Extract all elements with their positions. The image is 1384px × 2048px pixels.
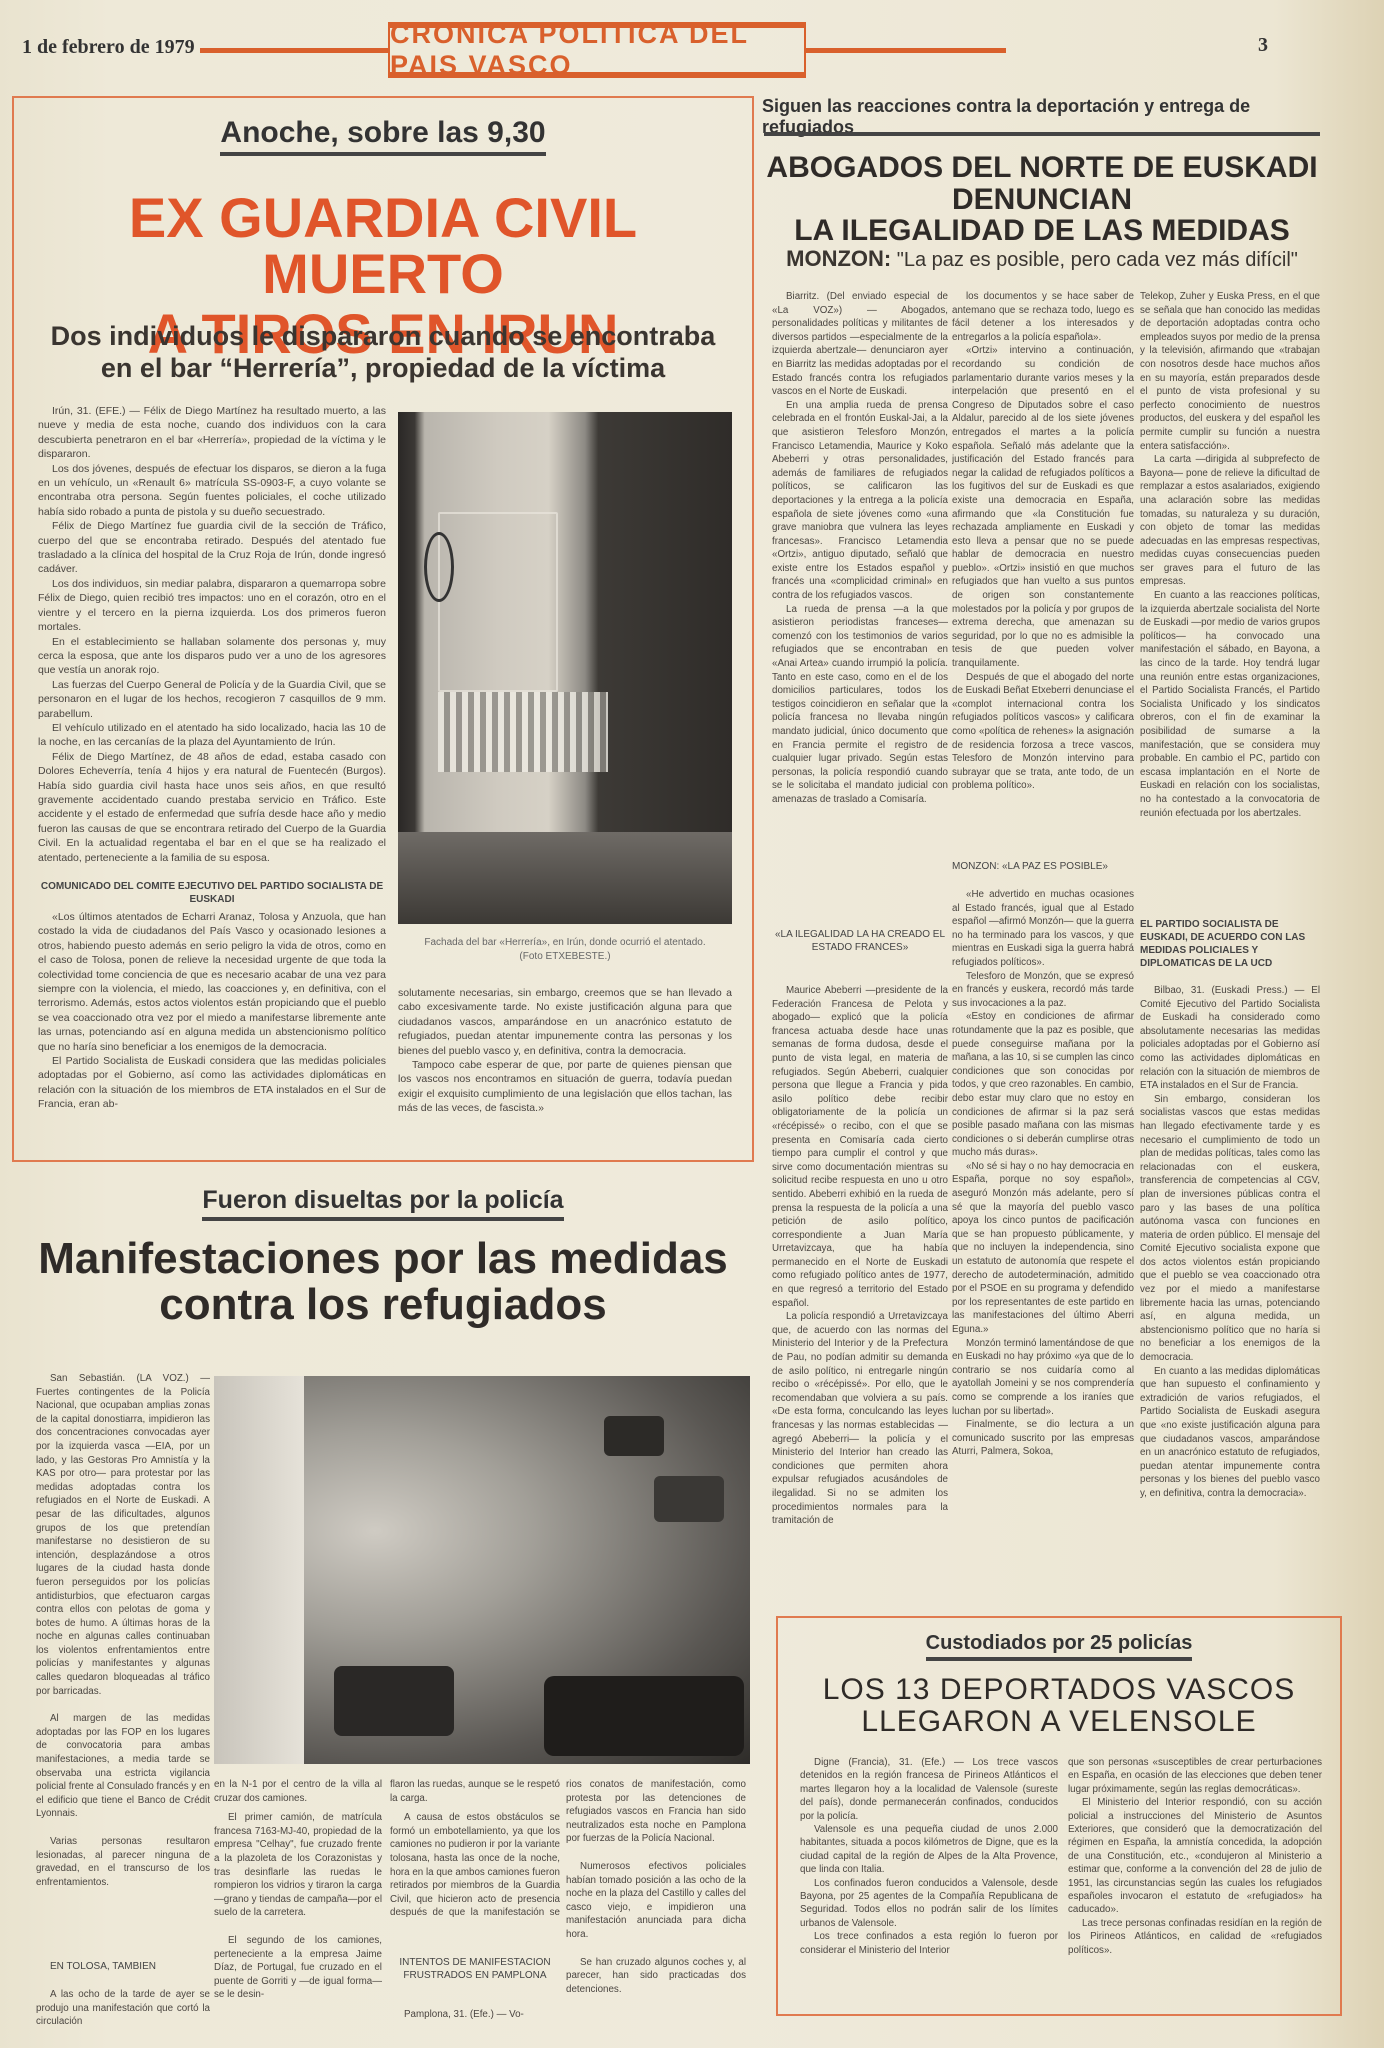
velensole-headline: LOS 13 DEPORTADOS VASCOS LLEGARON A VELE… [778, 1674, 1340, 1737]
paragraph: Sin embargo, consideran los socialistas … [1140, 1093, 1320, 1365]
communique-body: «Los últimos atentados de Echarri Aranaz… [38, 910, 386, 1146]
section-masthead: CRONICA POLITICA DEL PAIS VASCO [388, 22, 806, 78]
paragraph: Las fuerzas del Cuerpo General de Policí… [38, 678, 386, 721]
paragraph: Pamplona, 31. (Efe.) — Vo- [390, 2008, 560, 2022]
manifestaciones-headline: Manifestaciones por las medidas contra l… [12, 1236, 754, 1328]
paragraph: La policía respondió a Urretavizcaya que… [772, 1310, 948, 1528]
interhead-pamplona: INTENTOS DE MANIFESTACION FRUSTRADOS EN … [390, 1956, 560, 1982]
paragraph: Telekop, Zuher y Euska Press, en el que … [1140, 290, 1320, 453]
paragraph: Digne (Francia), 31. (Efe.) — Los trece … [800, 1756, 1058, 1823]
abogados-col1: Biarritz. (Del enviado especial de «La V… [772, 290, 948, 910]
photo-railing [438, 692, 608, 772]
paragraph: Las trece personas confinadas residían e… [1068, 1917, 1322, 1957]
masthead-rule-left [200, 48, 388, 53]
abogados-headline: ABOGADOS DEL NORTE DE EUSKADI DENUNCIAN … [762, 152, 1322, 247]
paragraph: Los dos jóvenes, después de efectuar los… [38, 462, 386, 520]
photo-building [214, 1376, 304, 1764]
page-date: 1 de febrero de 1979 [22, 36, 195, 59]
photo-street [398, 832, 732, 924]
paragraph: Félix de Diego Martínez fue guardia civi… [38, 519, 386, 577]
paragraph: Félix de Diego Martínez, de 48 años de e… [38, 750, 386, 864]
paragraph: Varias personas resultaron lesionadas, a… [36, 1835, 210, 1889]
demonstration-street-photo [214, 1376, 750, 1764]
paragraph: «Los últimos atentados de Echarri Aranaz… [38, 910, 386, 1054]
manifestaciones-col3-b: Pamplona, 31. (Efe.) — Vo- [390, 2008, 560, 2028]
paragraph: El Ministerio del Interior respondió, co… [1068, 1796, 1322, 1917]
section-title: CRONICA POLITICA DEL PAIS VASCO [390, 19, 804, 81]
velensole-col2: que son personas «susceptibles de crear … [1068, 1756, 1322, 2006]
manifestaciones-kicker: Fueron disueltas por la policía [12, 1186, 754, 1221]
paragraph: A las ocho de la tarde de ayer se produj… [36, 1988, 210, 2029]
paragraph: flaron las ruedas, aunque se le respetó … [390, 1778, 560, 1805]
paragraph: La rueda de prensa —a la que asistieron … [772, 603, 948, 807]
paragraph: «Estoy en condiciones de afirmar rotunda… [952, 1010, 1134, 1160]
article-kicker: Anoche, sobre las 9,30 [14, 116, 752, 156]
paragraph: «No sé si hay o no hay democracia en Esp… [952, 1160, 1134, 1337]
abogados-subheadline: MONZON: "La paz es posible, pero cada ve… [762, 246, 1322, 272]
paragraph: A causa de estos obstáculos se formó un … [390, 1811, 560, 1918]
abogados-col2: los documentos y se hace saber de antema… [952, 290, 1134, 850]
photo-car [604, 1416, 664, 1456]
paragraph: Los trece confinados a esta región lo fu… [800, 1930, 1058, 1957]
masthead-rule-right [806, 48, 1006, 53]
paragraph: Después de que el abogado del norte de E… [952, 671, 1134, 793]
interhead-ilegalidad: «LA ILEGALIDAD LA HA CREADO EL ESTADO FR… [772, 928, 948, 954]
page-number: 3 [1258, 34, 1268, 57]
paragraph: El segundo de los camiones, pertenecient… [214, 1934, 382, 2002]
article-body-col1: Irún, 31. (EFE.) — Félix de Diego Martín… [38, 404, 386, 864]
manifestaciones-col1-b: A las ocho de la tarde de ayer se produj… [36, 1988, 210, 2030]
bar-herreria-photo [398, 412, 732, 924]
paragraph: Maurice Abeberri —presidente de la Feder… [772, 984, 948, 1310]
photo-car [334, 1666, 454, 1736]
interhead-tolosa: EN TOLOSA, TAMBIEN [36, 1960, 210, 1973]
paragraph: Los dos individuos, sin mediar palabra, … [38, 577, 386, 635]
communique-heading: COMUNICADO DEL COMITE EJECUTIVO DEL PART… [38, 880, 386, 906]
paragraph: En una amplia rueda de prensa celebrada … [772, 399, 948, 603]
paragraph: En cuanto a las medidas diplomáticas que… [1140, 1365, 1320, 1501]
abogados-col2-b: «He advertido en muchas ocasiones al Est… [952, 888, 1134, 1608]
photo-car [654, 1476, 724, 1522]
communique-continuation: solutamente necesarias, sin embargo, cre… [398, 986, 732, 1146]
paragraph: El Partido Socialista de Euskadi conside… [38, 1054, 386, 1112]
paragraph: solutamente necesarias, sin embargo, cre… [398, 986, 732, 1058]
paragraph: Finalmente, se dio lectura a un comunica… [952, 1418, 1134, 1459]
photo-bus [544, 1676, 744, 1756]
paragraph: En cuanto a las reacciones políticas, la… [1140, 589, 1320, 820]
paragraph: Irún, 31. (EFE.) — Félix de Diego Martín… [38, 404, 386, 462]
manifestaciones-col2: en la N-1 por el centro de la villa al c… [214, 1778, 382, 2030]
paragraph: La carta —dirigida al subprefecto de Bay… [1140, 453, 1320, 589]
velensole-col1: Digne (Francia), 31. (Efe.) — Los trece … [800, 1756, 1058, 2006]
paragraph: «Ortzi» intervino a continuación, record… [952, 344, 1134, 670]
paragraph: Monzón terminó lamentándose de que en Eu… [952, 1337, 1134, 1419]
paragraph: Telesforo de Monzón, que se expresó en f… [952, 970, 1134, 1011]
paragraph: Valensole es una pequeña ciudad de unos … [800, 1823, 1058, 1877]
paragraph: Los confinados fueron conducidos a Valen… [800, 1877, 1058, 1931]
article-velensole: Custodiados por 25 policías LOS 13 DEPOR… [776, 1616, 1342, 2016]
article-irun: Anoche, sobre las 9,30 EX GUARDIA CIVIL … [12, 96, 754, 1162]
paragraph: Tampoco cabe esperar de que, por parte d… [398, 1058, 732, 1116]
paragraph: en la N-1 por el centro de la villa al c… [214, 1778, 382, 1805]
paragraph: Numerosos efectivos policiales habían to… [566, 1860, 746, 1942]
paragraph: Bilbao, 31. (Euskadi Press.) — El Comité… [1140, 984, 1320, 1093]
paragraph: rios conatos de manifestación, como prot… [566, 1778, 746, 1846]
paragraph: Al margen de las medidas adoptadas por l… [36, 1712, 210, 1821]
paragraph: que son personas «susceptibles de crear … [1068, 1756, 1322, 1796]
abogados-col1-b: Maurice Abeberri —presidente de la Feder… [772, 984, 948, 1674]
article-subheadline: Dos individuos le dispararon cuando se e… [14, 320, 752, 385]
paragraph: Biarritz. (Del enviado especial de «La V… [772, 290, 948, 399]
paragraph: los documentos y se hace saber de antema… [952, 290, 1134, 344]
velensole-kicker: Custodiados por 25 policías [778, 1632, 1340, 1661]
paragraph: Se han cruzado algunos coches y, al pare… [566, 1956, 746, 1997]
interhead-monzon: MONZON: «LA PAZ ES POSIBLE» [952, 860, 1134, 873]
paragraph: El primer camión, de matrícula francesa … [214, 1811, 382, 1920]
photo-balcony [438, 512, 558, 692]
photo-cable-coil [424, 532, 454, 602]
manifestaciones-col4: rios conatos de manifestación, como prot… [566, 1778, 746, 2030]
paragraph: San Sebastián. (LA VOZ.) — Fuertes conti… [36, 1372, 210, 1698]
abogados-col3-b: Bilbao, 31. (Euskadi Press.) — El Comité… [1140, 984, 1320, 1606]
photo-caption: Fachada del bar «Herrería», en Irún, don… [398, 936, 732, 964]
manifestaciones-col1: San Sebastián. (LA VOZ.) — Fuertes conti… [36, 1372, 210, 1902]
kicker-rule [764, 132, 1320, 136]
manifestaciones-col3: flaron las ruedas, aunque se le respetó … [390, 1778, 560, 1918]
newspaper-page: 1 de febrero de 1979 CRONICA POLITICA DE… [0, 0, 1384, 2048]
paragraph: El vehículo utilizado en el atentado ha … [38, 721, 386, 750]
paragraph: En el establecimiento se hallaban solame… [38, 635, 386, 678]
interhead-pse: EL PARTIDO SOCIALISTA DE EUSKADI, DE ACU… [1140, 918, 1320, 970]
abogados-col3: Telekop, Zuher y Euska Press, en el que … [1140, 290, 1320, 908]
paragraph: «He advertido en muchas ocasiones al Est… [952, 888, 1134, 970]
